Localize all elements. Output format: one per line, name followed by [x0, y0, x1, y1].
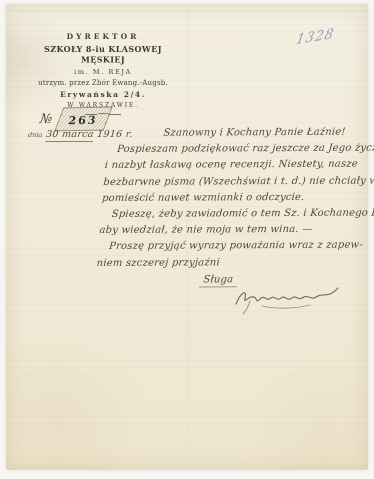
- handwritten-line: bezbarwne pisma (Wszechświat i t. d.) ni…: [103, 173, 356, 191]
- numero-sign: №: [39, 112, 53, 127]
- letterhead: DYREKTOR SZKOŁY 8-iu KLASOWEJ MĘSKIEJ im…: [36, 32, 170, 117]
- letterhead-street-address: Erywańska 2/4.: [36, 90, 170, 99]
- letterhead-maintained-by: utrzym. przez Zbór Ewang.-Augsb.: [36, 79, 170, 87]
- scanned-letter-photo: { "colors": { "paper": "#f1ebd9", "ink":…: [0, 0, 374, 479]
- letterhead-director: DYREKTOR: [36, 32, 170, 41]
- letterhead-school-name: SZKOŁY 8-iu KLASOWEJ MĘSKIEJ: [36, 43, 170, 65]
- letterhead-patron: im. M. REJA: [36, 68, 170, 76]
- date-printed-prefix: dnia: [28, 131, 42, 139]
- hatched-number-stamp: 263: [55, 107, 114, 132]
- salutation-line: Szanowny i Kochany Panie Łaźnie!: [107, 125, 360, 143]
- stamp-number: 263: [68, 114, 99, 127]
- handwritten-line: Proszę przyjąć wyrazy poważania wraz z z…: [97, 238, 350, 256]
- handwritten-line: Spieszę, żeby zawiadomić o tem Sz. i Koc…: [100, 206, 353, 224]
- signature-scrawl: [232, 276, 344, 318]
- handwritten-line: Pospieszam podziękować raz jeszcze za Je…: [105, 141, 358, 159]
- reference-number-row: № 263: [40, 107, 108, 131]
- handwritten-body: Szanowny i Kochany Panie Łaźnie! Pospies…: [95, 125, 361, 289]
- handwritten-line: niem szczerej przyjaźni: [96, 254, 349, 272]
- handwritten-line: pomieścić nawet wzmianki o odczycie.: [101, 189, 354, 207]
- handwritten-line: aby wiedział, że nie moja w tem wina. —: [99, 222, 352, 240]
- handwritten-line: i nazbyt łaskawą ocenę recenzji. Niestet…: [104, 157, 357, 175]
- handwritten-date-day-month: 30 marca: [45, 129, 94, 142]
